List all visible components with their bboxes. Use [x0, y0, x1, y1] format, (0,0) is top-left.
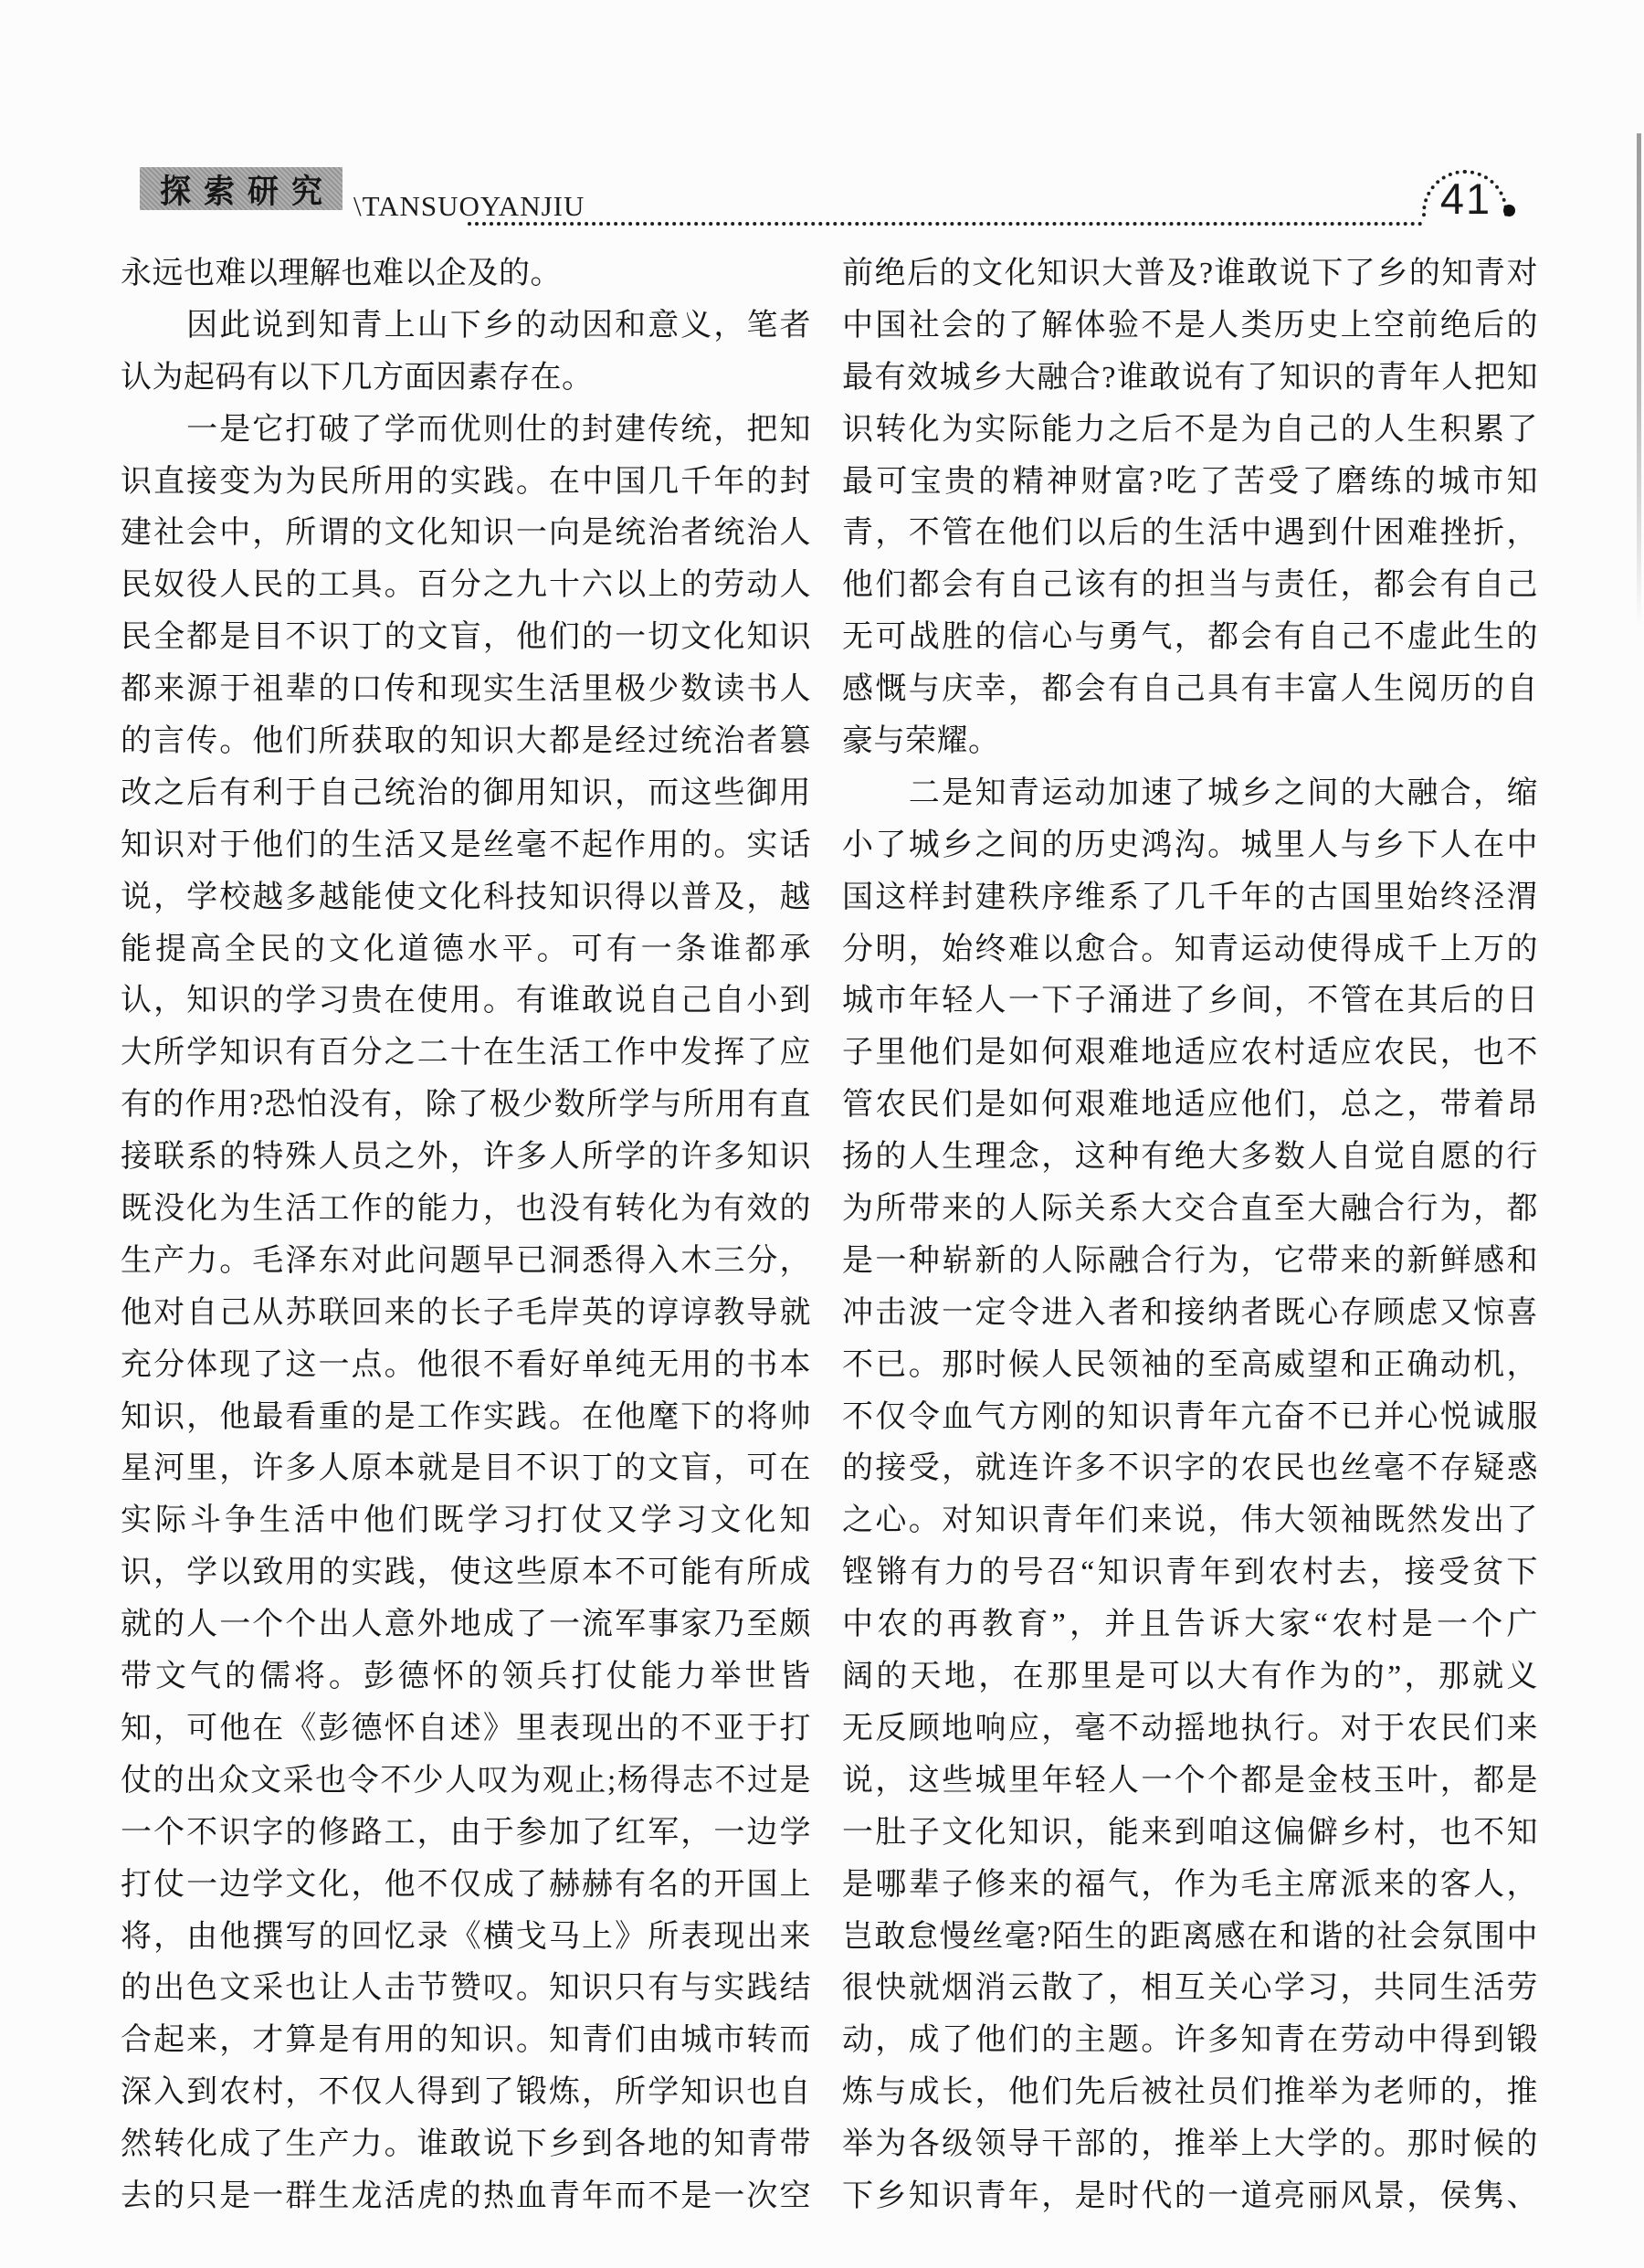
text-line: 不已。那时候人民领袖的至高威望和正确动机，: [842, 1340, 1538, 1392]
text-line: 打仗一边学文化，他不仅成了赫赫有名的开国上: [121, 1860, 811, 1912]
text-line: 城市年轻人一下子涌进了乡间，不管在其后的日: [842, 976, 1538, 1028]
text-line: 认为起码有以下几方面因素存在。: [121, 353, 811, 405]
text-line: 最可宝贵的精神财富?吃了苦受了磨练的城市知: [842, 457, 1538, 509]
text-line: 知，可他在《彭德怀自述》里表现出的不亚于打: [121, 1704, 811, 1756]
text-line: 建社会中，所谓的文化知识一向是统治者统治人: [121, 508, 811, 560]
text-line: 管农民们是如何艰难地适应他们，总之，带着昂: [842, 1080, 1538, 1132]
text-line: 能提高全民的文化道德水平。可有一条谁都承: [121, 924, 811, 976]
text-line: 既没化为生活工作的能力，也没有转化为有效的: [121, 1184, 811, 1236]
text-line: 一肚子文化知识，能来到咱这偏僻乡村，也不知: [842, 1808, 1538, 1860]
text-line: 改之后有利于自己统治的御用知识，而这些御用: [121, 768, 811, 820]
text-line: 有的作用?恐怕没有，除了极少数所学与所用有直: [121, 1080, 811, 1132]
text-line: 深入到农村，不仅人得到了锻炼，所学知识也自: [121, 2067, 811, 2119]
text-line: 去的只是一群生龙活虎的热血青年而不是一次空: [121, 2171, 811, 2223]
right-column: 前绝后的文化知识大普及?谁敢说下了乡的知青对中国社会的了解体验不是人类历史上空前…: [842, 248, 1538, 2223]
text-line: 就的人一个个出人意外地成了一流军事家乃至颇: [121, 1599, 811, 1651]
text-line: 然转化成了生产力。谁敢说下乡到各地的知青带: [121, 2119, 811, 2171]
text-line: 扬的人生理念，这种有绝大多数人自觉自愿的行: [842, 1132, 1538, 1184]
text-line: 是一种崭新的人际融合行为，它带来的新鲜感和: [842, 1236, 1538, 1288]
text-line: 的言传。他们所获取的知识大都是经过统治者篡: [121, 716, 811, 768]
text-line: 合起来，才算是有用的知识。知青们由城市转而: [121, 2015, 811, 2067]
text-line: 他对自己从苏联回来的长子毛岸英的谆谆教导就: [121, 1288, 811, 1340]
text-line: 是哪辈子修来的福气，作为毛主席派来的客人，: [842, 1860, 1538, 1912]
text-line: 说，这些城里年轻人一个个都是金枝玉叶，都是: [842, 1756, 1538, 1808]
text-line: 仗的出众文采也令不少人叹为观止;杨得志不过是: [121, 1756, 811, 1808]
text-line: 认，知识的学习贵在使用。有谁敢说自己自小到: [121, 976, 811, 1028]
text-line: 铿锵有力的号召“知识青年到农村去，接受贫下: [842, 1547, 1538, 1599]
text-line: 小了城乡之间的历史鸿沟。城里人与乡下人在中: [842, 820, 1538, 872]
text-line: 之心。对知识青年们来说，伟大领袖既然发出了: [842, 1495, 1538, 1547]
text-line: 民奴役人民的工具。百分之九十六以上的劳动人: [121, 560, 811, 612]
text-line: 下乡知识青年，是时代的一道亮丽风景，侯隽、: [842, 2171, 1538, 2223]
text-line: 动，成了他们的主题。许多知青在劳动中得到锻: [842, 2015, 1538, 2067]
section-title-box: 探索研究: [140, 167, 342, 210]
text-line: 青，不管在他们以后的生活中遇到什困难挫折，: [842, 508, 1538, 560]
text-line: 的出色文采也让人击节赞叹。知识只有与实践结: [121, 1963, 811, 2015]
scan-edge-artifact: [1637, 133, 1641, 627]
text-line: 大所学知识有百分之二十在生活工作中发挥了应: [121, 1028, 811, 1080]
text-line: 阔的天地，在那里是可以大有作为的”，那就义: [842, 1651, 1538, 1704]
text-line: 他们都会有自己该有的担当与责任，都会有自己: [842, 560, 1538, 612]
text-line: 永远也难以理解也难以企及的。: [121, 248, 811, 301]
text-line: 充分体现了这一点。他很不看好单纯无用的书本: [121, 1340, 811, 1392]
text-line: 中农的再教育”，并且告诉大家“农村是一个广: [842, 1599, 1538, 1651]
text-line: 二是知青运动加速了城乡之间的大融合，缩: [842, 768, 1538, 820]
text-line: 识直接变为为民所用的实践。在中国几千年的封: [121, 457, 811, 509]
text-line: 国这样封建秩序维系了几千年的古国里始终泾渭: [842, 872, 1538, 924]
text-line: 一个不识字的修路工，由于参加了红军，一边学: [121, 1808, 811, 1860]
section-title: 探索研究: [147, 165, 335, 212]
text-line: 无反顾地响应，毫不动摇地执行。对于农民们来: [842, 1704, 1538, 1756]
text-line: 将，由他撰写的回忆录《横戈马上》所表现出来: [121, 1912, 811, 1964]
text-line: 最有效城乡大融合?谁敢说有了知识的青年人把知: [842, 353, 1538, 405]
text-line: 冲击波一定令进入者和接纳者既心存顾虑又惊喜: [842, 1288, 1538, 1340]
text-line: 接联系的特殊人员之外，许多人所学的许多知识: [121, 1132, 811, 1184]
left-column: 永远也难以理解也难以企及的。 因此说到知青上山下乡的动因和意义，笔者认为起码有以…: [121, 248, 811, 2223]
text-line: 星河里，许多人原本就是目不识丁的文盲，可在: [121, 1443, 811, 1495]
text-line: 的接受，就连许多不识字的农民也丝毫不存疑惑: [842, 1443, 1538, 1495]
text-line: 识，学以致用的实践，使这些原本不可能有所成: [121, 1547, 811, 1599]
text-line: 实际斗争生活中他们既学习打仗又学习文化知: [121, 1495, 811, 1547]
text-line: 豪与荣耀。: [842, 716, 1538, 768]
text-line: 子里他们是如何艰难地适应农村适应农民，也不: [842, 1028, 1538, 1080]
text-line: 感慨与庆幸，都会有自己具有丰富人生阅历的自: [842, 664, 1538, 716]
text-line: 因此说到知青上山下乡的动因和意义，笔者: [121, 301, 811, 353]
leader-end-dot-icon: [1503, 205, 1515, 216]
text-line: 说，学校越多越能使文化科技知识得以普及，越: [121, 872, 811, 924]
text-line: 民全都是目不识丁的文盲，他们的一切文化知识: [121, 612, 811, 664]
text-line: 知识，他最看重的是工作实践。在他麾下的将帅: [121, 1392, 811, 1444]
text-line: 分明，始终难以愈合。知青运动使得成千上万的: [842, 924, 1538, 976]
text-line: 为所带来的人际关系大交合直至大融合行为，都: [842, 1184, 1538, 1236]
scanned-page: 探索研究 \TANSUOYANJIU 41 永远也难以理解也难以企及的。 因此说…: [0, 0, 1644, 2268]
text-line: 很快就烟消云散了，相互关心学习，共同生活劳: [842, 1963, 1538, 2015]
text-line: 炼与成长，他们先后被社员们推举为老师的，推: [842, 2067, 1538, 2119]
page-number: 41: [1436, 176, 1496, 222]
text-line: 不仅令血气方刚的知识青年亢奋不已并心悦诚服: [842, 1392, 1538, 1444]
text-line: 知识对于他们的生活又是丝毫不起作用的。实话: [121, 820, 811, 872]
text-line: 都来源于祖辈的口传和现实生活里极少数读书人: [121, 664, 811, 716]
text-line: 识转化为实际能力之后不是为自己的人生积累了: [842, 405, 1538, 457]
text-line: 生产力。毛泽东对此问题早已洞悉得入木三分，: [121, 1236, 811, 1288]
dotted-leader-line: [468, 222, 1423, 226]
text-line: 岂敢怠慢丝毫?陌生的距离感在和谐的社会氛围中: [842, 1912, 1538, 1964]
text-line: 举为各级领导干部的，推举上大学的。那时候的: [842, 2119, 1538, 2171]
text-line: 一是它打破了学而优则仕的封建传统，把知: [121, 405, 811, 457]
text-line: 无可战胜的信心与勇气，都会有自己不虚此生的: [842, 612, 1538, 664]
text-line: 带文气的儒将。彭德怀的领兵打仗能力举世皆: [121, 1651, 811, 1704]
text-line: 前绝后的文化知识大普及?谁敢说下了乡的知青对: [842, 248, 1538, 301]
section-title-roman: \TANSUOYANJIU: [353, 190, 585, 223]
text-line: 中国社会的了解体验不是人类历史上空前绝后的: [842, 301, 1538, 353]
